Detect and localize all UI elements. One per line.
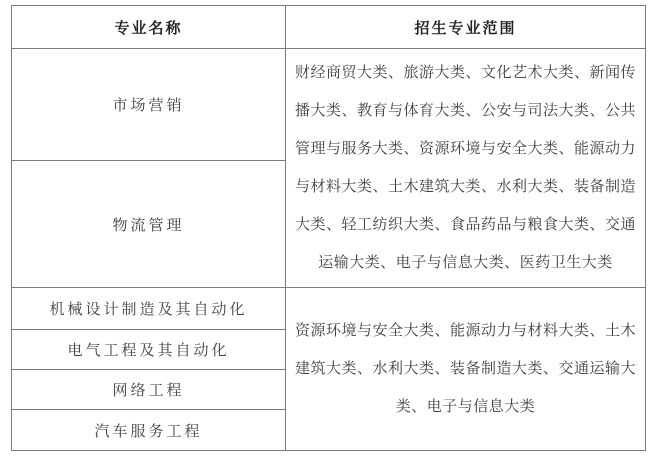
major-cell-logistics: 物流管理	[12, 161, 286, 288]
header-major-name: 专业名称	[12, 6, 286, 49]
header-scope: 招生专业范围	[286, 6, 646, 49]
major-cell-electrical-engineering: 电气工程及其自动化	[12, 330, 286, 370]
document-page: 专业名称 招生专业范围 市场营销 财经商贸大类、旅游大类、文化艺术大类、新闻传播…	[0, 0, 659, 458]
header-row: 专业名称 招生专业范围	[12, 6, 646, 49]
major-cell-network-engineering: 网络工程	[12, 370, 286, 410]
major-cell-automotive-service: 汽车服务工程	[12, 410, 286, 451]
enrollment-scope-table: 专业名称 招生专业范围 市场营销 财经商贸大类、旅游大类、文化艺术大类、新闻传播…	[11, 5, 646, 451]
scope-cell-group2: 资源环境与安全大类、能源动力与材料大类、土木建筑大类、水利大类、装备制造大类、交…	[286, 288, 646, 451]
table-row: 机械设计制造及其自动化 资源环境与安全大类、能源动力与材料大类、土木建筑大类、水…	[12, 288, 646, 330]
scope-cell-group1: 财经商贸大类、旅游大类、文化艺术大类、新闻传播大类、教育与体育大类、公安与司法大…	[286, 49, 646, 288]
major-cell-mechanical-design: 机械设计制造及其自动化	[12, 288, 286, 330]
table-row: 市场营销 财经商贸大类、旅游大类、文化艺术大类、新闻传播大类、教育与体育大类、公…	[12, 49, 646, 161]
major-cell-marketing: 市场营销	[12, 49, 286, 161]
